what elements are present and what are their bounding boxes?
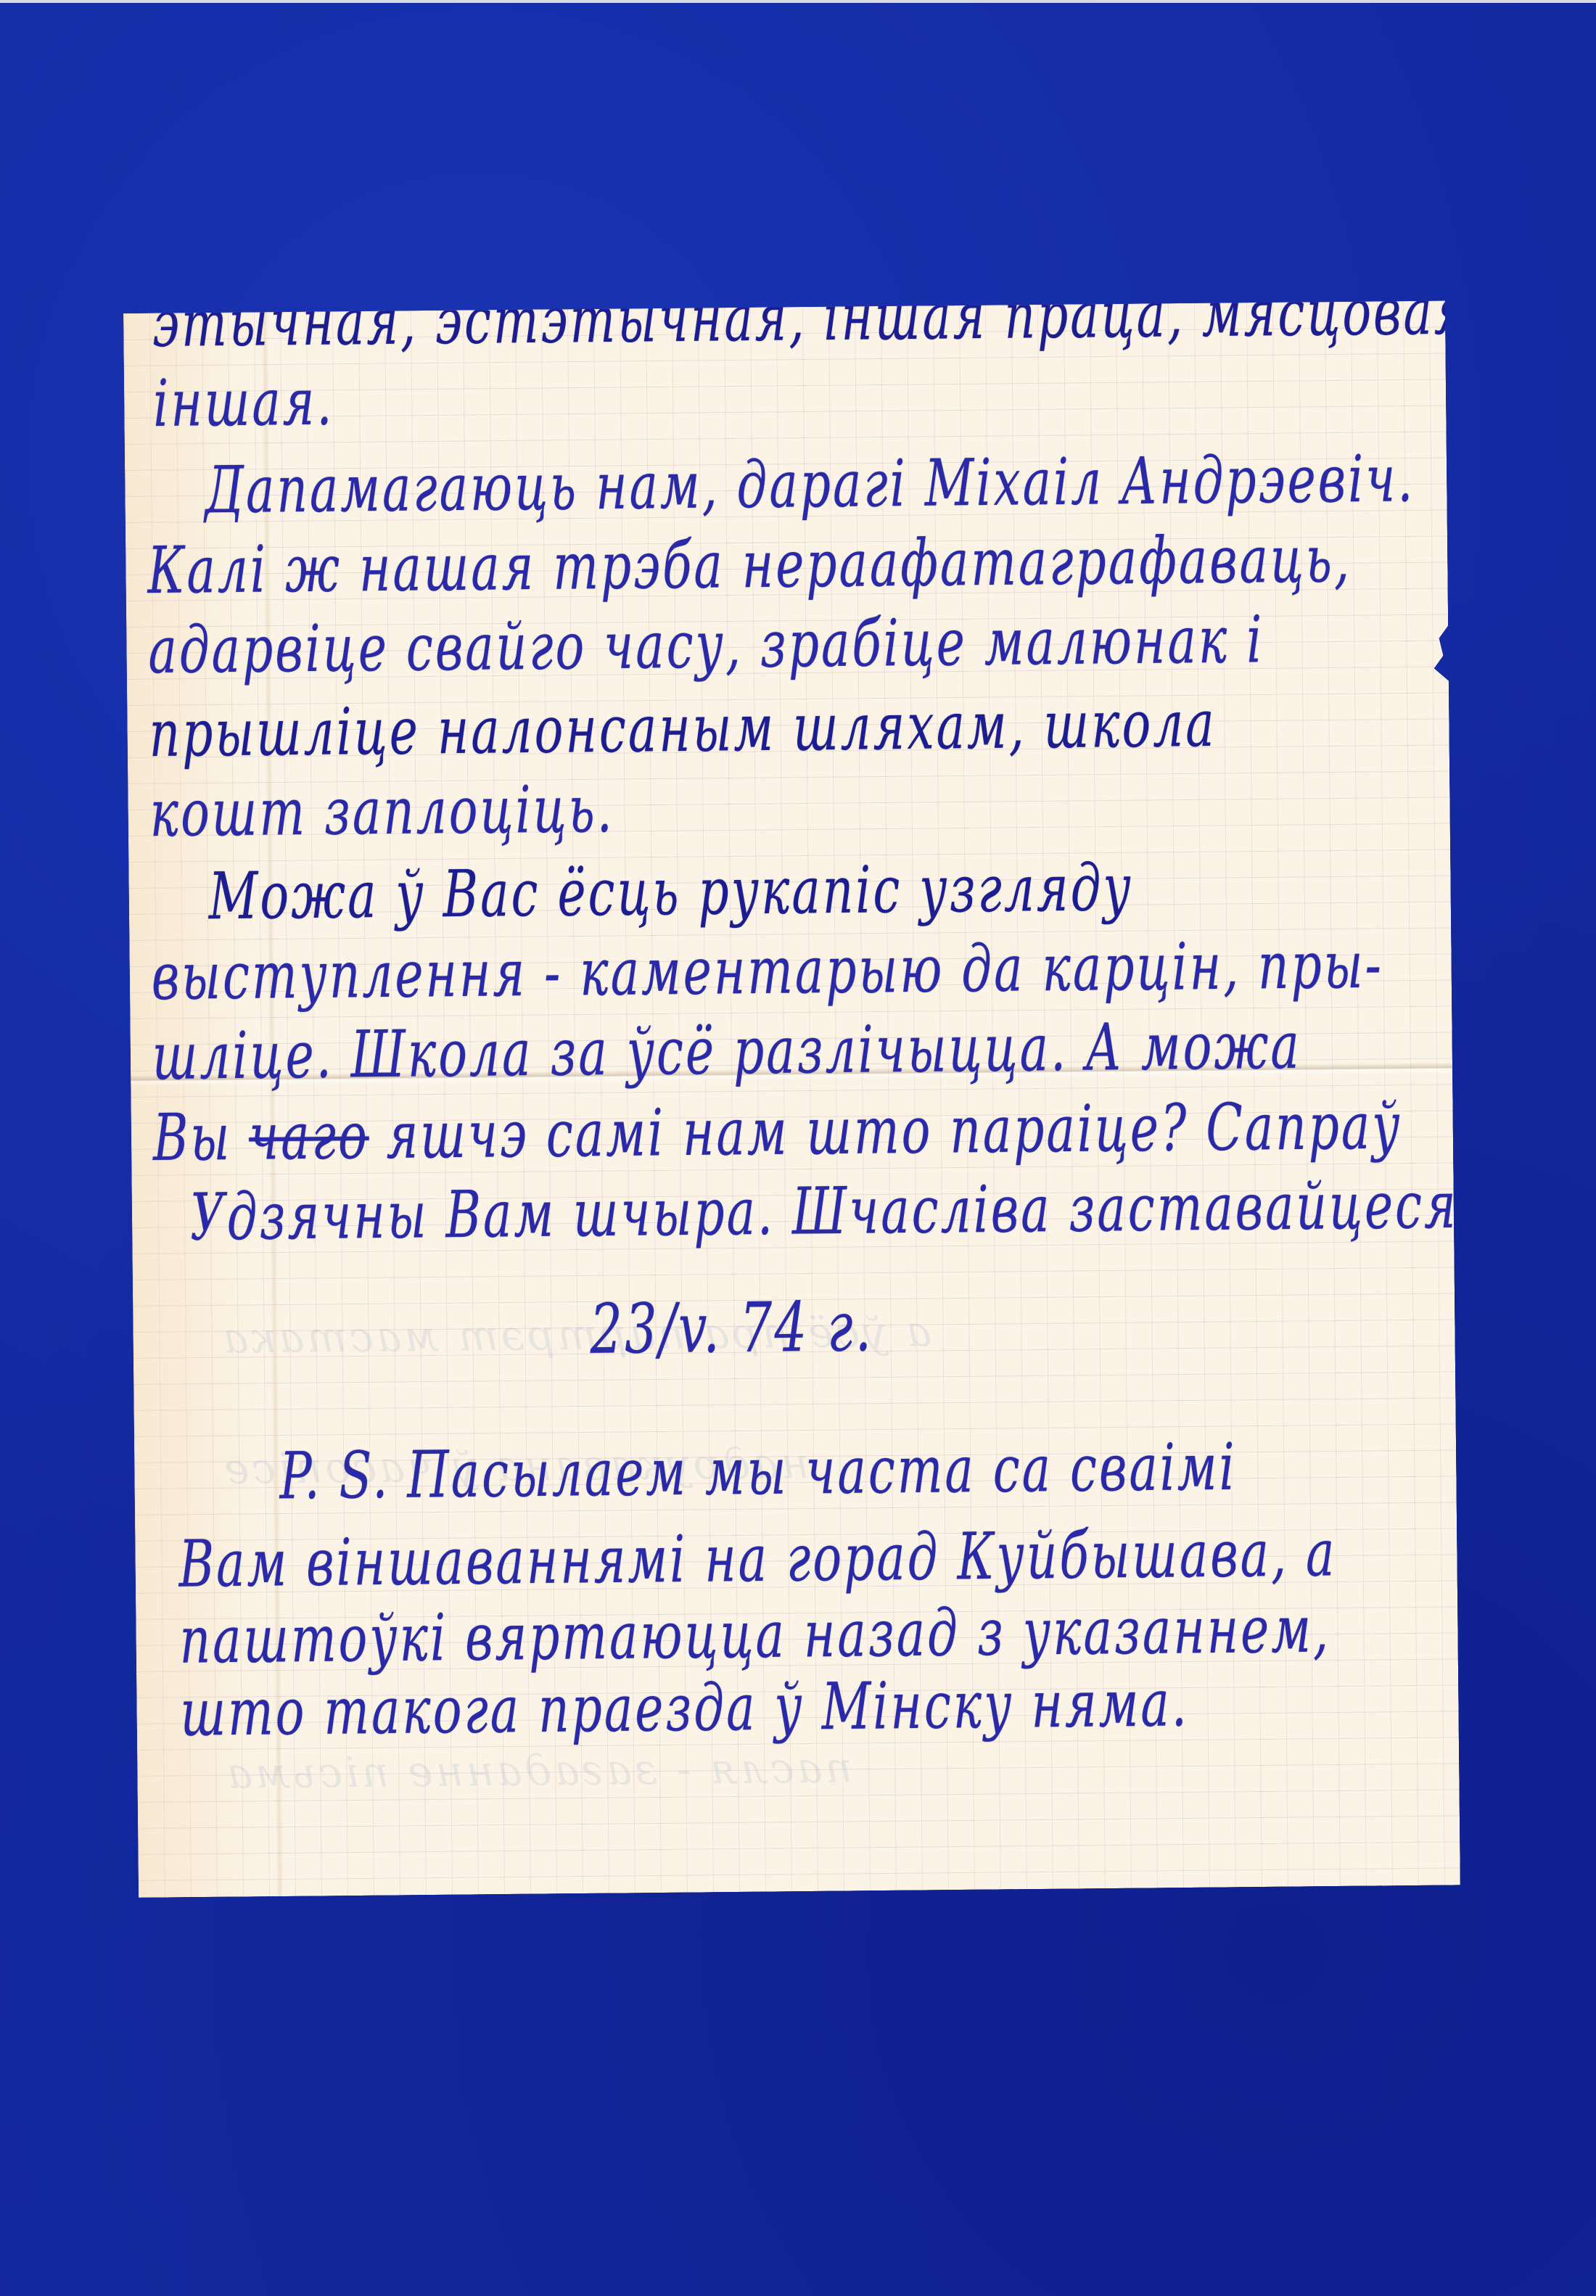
letter-word: Вы [152,1100,231,1176]
letter-line-11: Вы чаго яшчэ самі нам што параіце? Сапра… [152,1088,1402,1175]
letter-line-10: шліце. Школа за ўсё разлічыцца. А можа [152,1008,1301,1095]
struck-through-word: чаго [249,1098,369,1175]
postscript-line-2: Вам віншаваннямі на горад Куйбышава, а [178,1515,1337,1602]
postscript-line-4: што такога праезда ў Мінску няма. [180,1666,1189,1750]
letter-line-4: Калі ж нашая трэба нераафатаграфаваць, [147,522,1352,609]
letter-line-7: кошт заплоціць. [149,772,614,852]
letter-date: 23/v. 74 г. [590,1286,873,1369]
letter-word: яшчэ самі нам што параіце? Сапраў [386,1088,1402,1173]
scan-edge [0,0,1596,3]
letter-line-6: прышліце налонсаным шляхам, школа [149,686,1217,772]
letter-line-9: выступлення - каментарыю да карцін, пры- [151,927,1383,1014]
letter-line-12: Удзячны Вам шчыра. Шчасліва заставайцеся… [189,1167,1476,1255]
letter-line-8: Можа ў Вас ёсць рукапіс узгляду [208,850,1133,934]
letter-line-2: іншая. [153,364,334,441]
letter-body: этычная, эстэтычная, іншая праца, мясцов… [123,301,1460,1898]
letter-line-5: адарвіце свайго часу, зрабіце малюнак і [148,602,1264,688]
postscript-line-1: P. S. Пасылаем мы часта са сваімі [279,1429,1237,1514]
letter-page: а ўсё пра партрэт мастака надрукавана ў … [123,301,1460,1898]
letter-line-3: Дапамагаюць нам, дарагі Міхаіл Андрэевіч… [205,441,1415,528]
